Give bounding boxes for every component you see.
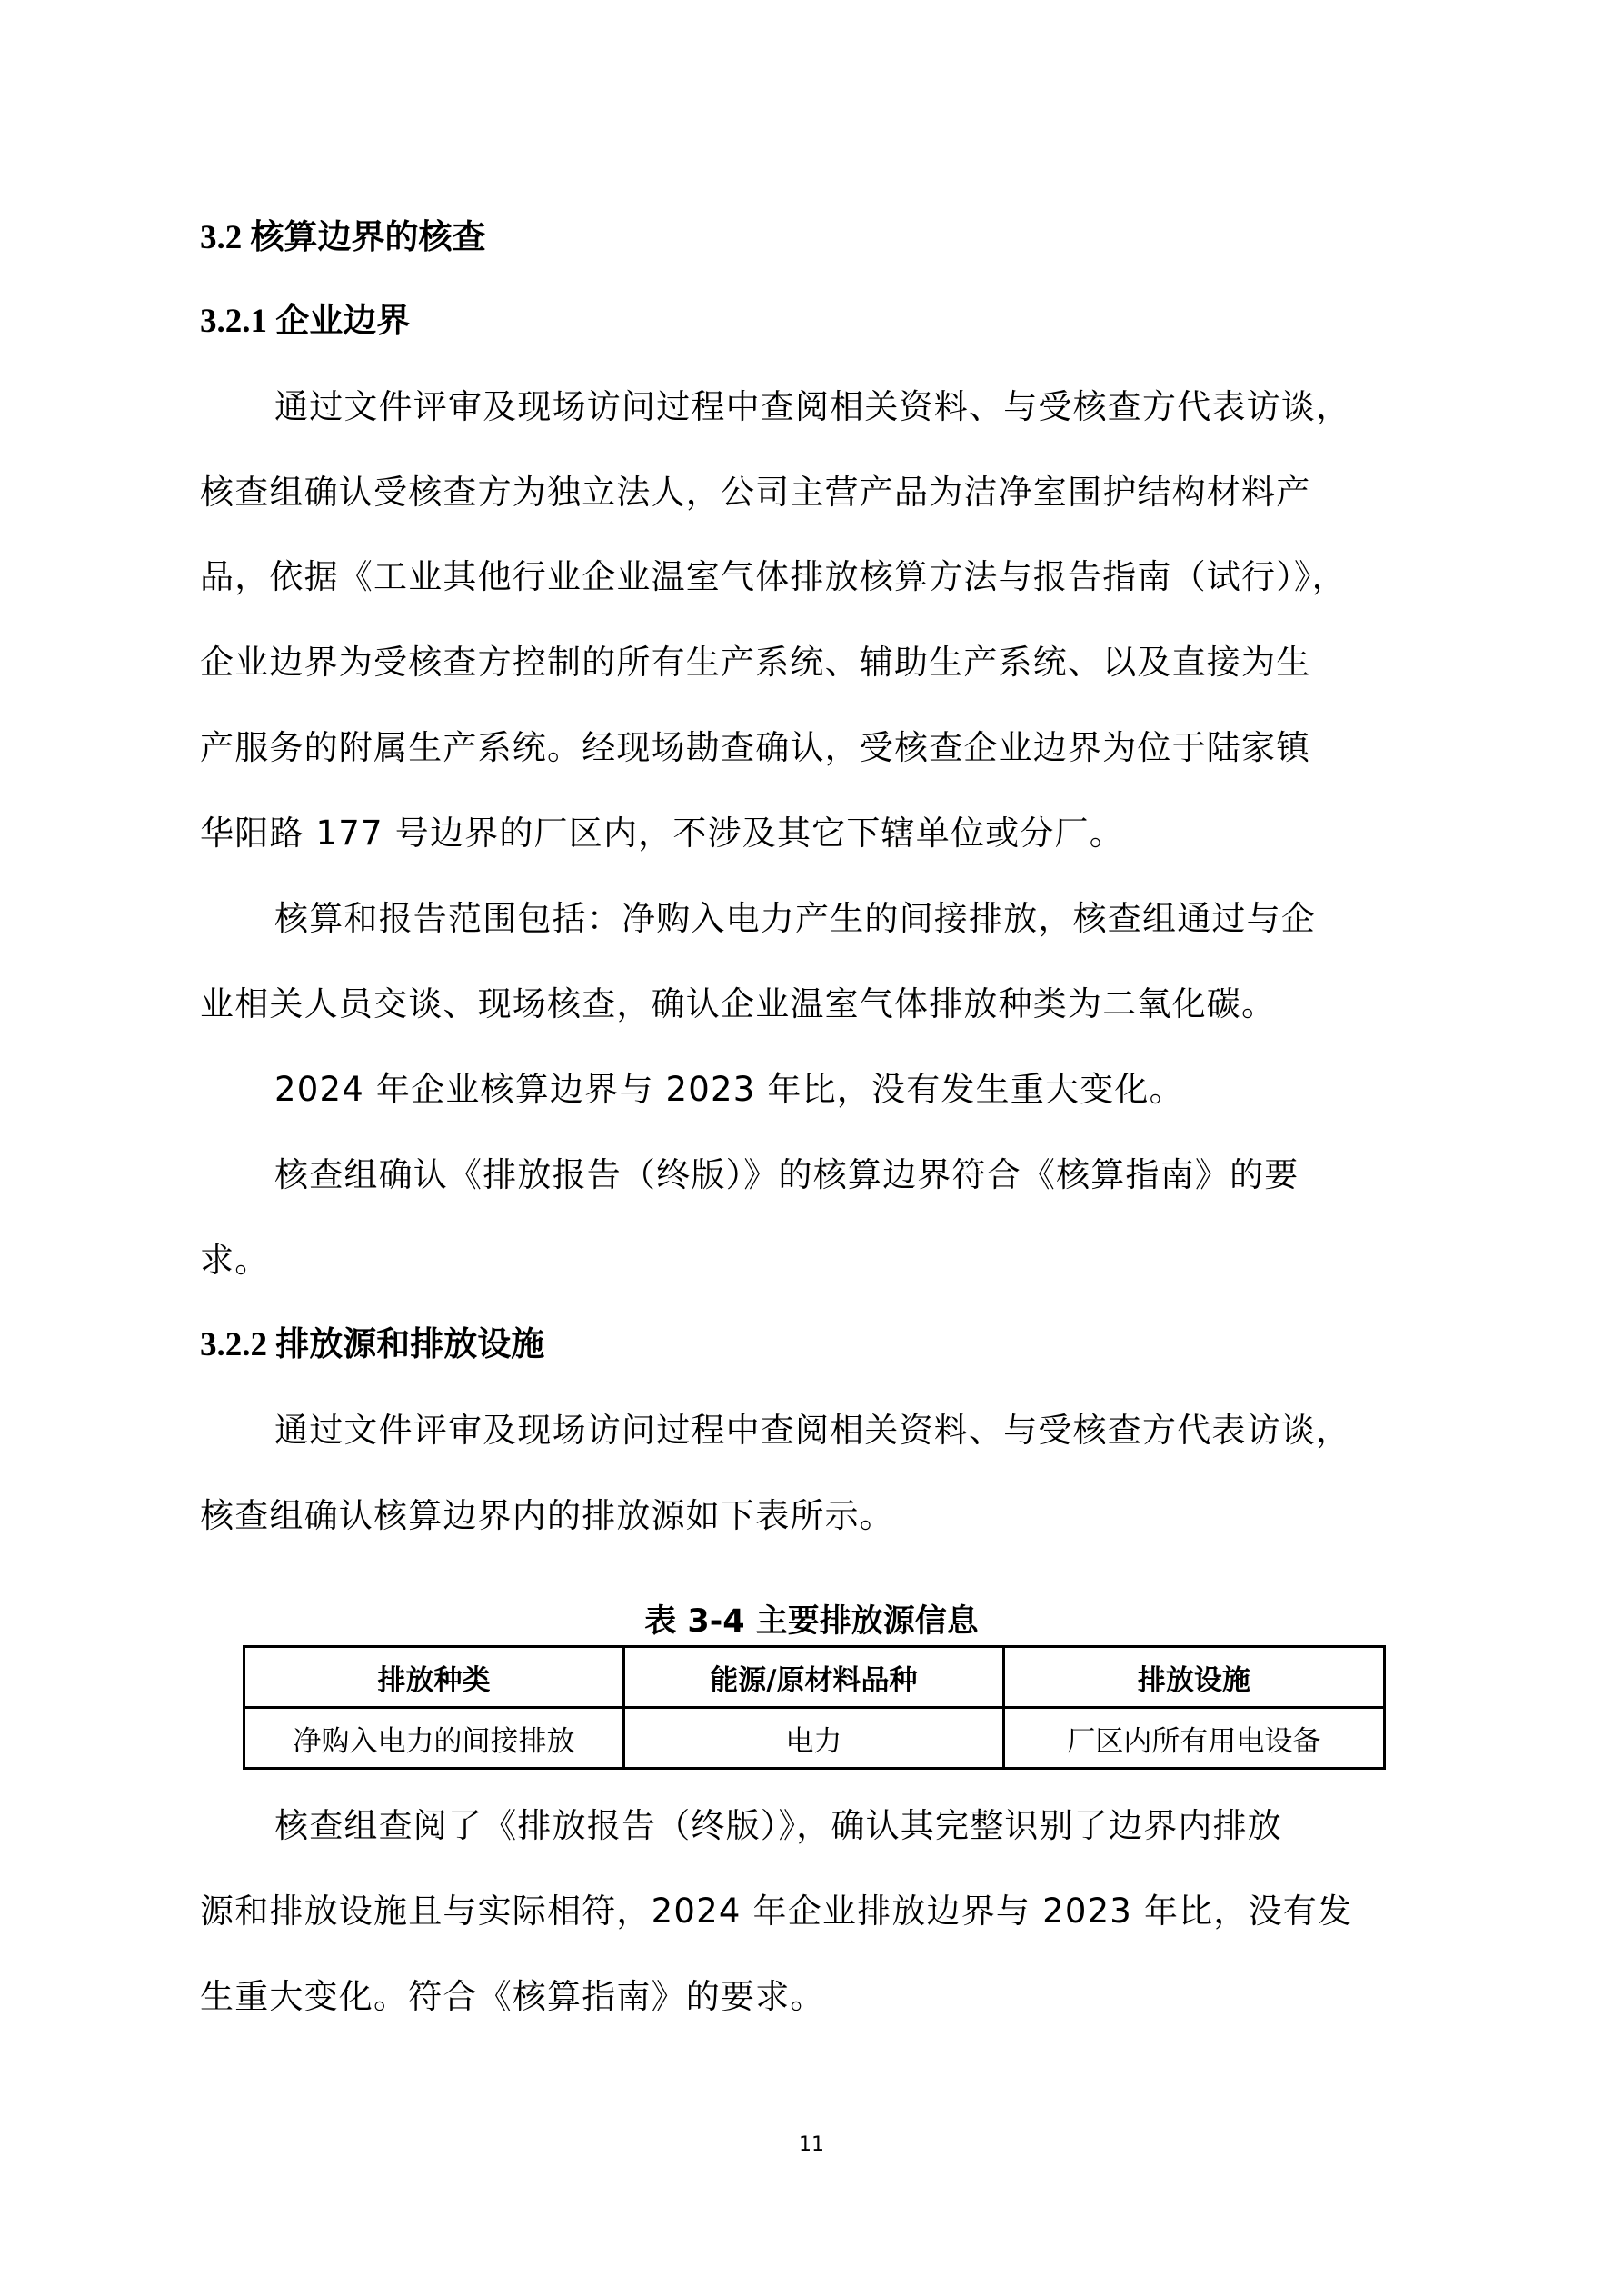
table-header-row: 排放种类 能源/原材料品种 排放设施 [244, 1647, 1385, 1708]
paragraph-line: 核算和报告范围包括：净购入电力产生的间接排放，核查组通过与企 [274, 897, 1510, 941]
paragraph-line: 2024 年企业核算边界与 2023 年比，没有发生重大变化。 [274, 1068, 1510, 1112]
table-cell: 净购入电力的间接排放 [244, 1708, 624, 1769]
table-header-cell: 排放种类 [244, 1647, 624, 1708]
table-caption: 表 3-4 主要排放源信息 [0, 1602, 1623, 1642]
paragraph-line: 企业边界为受核查方控制的所有生产系统、辅助生产系统、以及直接为生 [200, 641, 1436, 684]
table-row: 净购入电力的间接排放 电力 厂区内所有用电设备 [244, 1708, 1385, 1769]
table-cell: 厂区内所有用电设备 [1003, 1708, 1384, 1769]
paragraph-line: 华阳路 177 号边界的厂区内，不涉及其它下辖单位或分厂。 [200, 812, 1436, 855]
table-header-cell: 排放设施 [1003, 1647, 1384, 1708]
paragraph-line: 核查组确认核算边界内的排放源如下表所示。 [200, 1494, 1436, 1538]
paragraph-line: 核查组确认受核查方为独立法人，公司主营产品为洁净室围护结构材料产 [200, 471, 1436, 514]
paragraph-line: 核查组确认《排放报告（终版）》的核算边界符合《核算指南》的要 [274, 1153, 1510, 1197]
paragraph-line: 品，依据《工业其他行业企业温室气体排放核算方法与报告指南（试行）》， [200, 555, 1436, 599]
paragraph-line: 通过文件评审及现场访问过程中查阅相关资料、与受核查方代表访谈， [274, 385, 1510, 429]
document-page: 3.2 核算边界的核查 3.2.1 企业边界 通过文件评审及现场访问过程中查阅相… [0, 0, 1623, 2296]
paragraph-line: 源和排放设施且与实际相符，2024 年企业排放边界与 2023 年比，没有发 [200, 1890, 1436, 1933]
section-heading-3-2: 3.2 核算边界的核查 [200, 216, 486, 260]
emission-source-table: 排放种类 能源/原材料品种 排放设施 净购入电力的间接排放 电力 厂区内所有用电… [243, 1645, 1386, 1770]
paragraph-line: 业相关人员交谈、现场核查，确认企业温室气体排放种类为二氧化碳。 [200, 983, 1436, 1026]
subsection-heading-3-2-1: 3.2.1 企业边界 [200, 300, 410, 344]
paragraph-line: 核查组查阅了《排放报告（终版）》，确认其完整识别了边界内排放 [274, 1804, 1510, 1848]
paragraph-line: 生重大变化。符合《核算指南》的要求。 [200, 1975, 1436, 2019]
subsection-heading-3-2-2: 3.2.2 排放源和排放设施 [200, 1323, 544, 1367]
table-header-cell: 能源/原材料品种 [623, 1647, 1003, 1708]
paragraph-line: 通过文件评审及现场访问过程中查阅相关资料、与受核查方代表访谈， [274, 1409, 1510, 1452]
paragraph-line: 产服务的附属生产系统。经现场勘查确认，受核查企业边界为位于陆家镇 [200, 726, 1436, 770]
paragraph-line: 求。 [200, 1239, 1436, 1283]
table-cell: 电力 [623, 1708, 1003, 1769]
page-number: 11 [0, 2133, 1623, 2156]
